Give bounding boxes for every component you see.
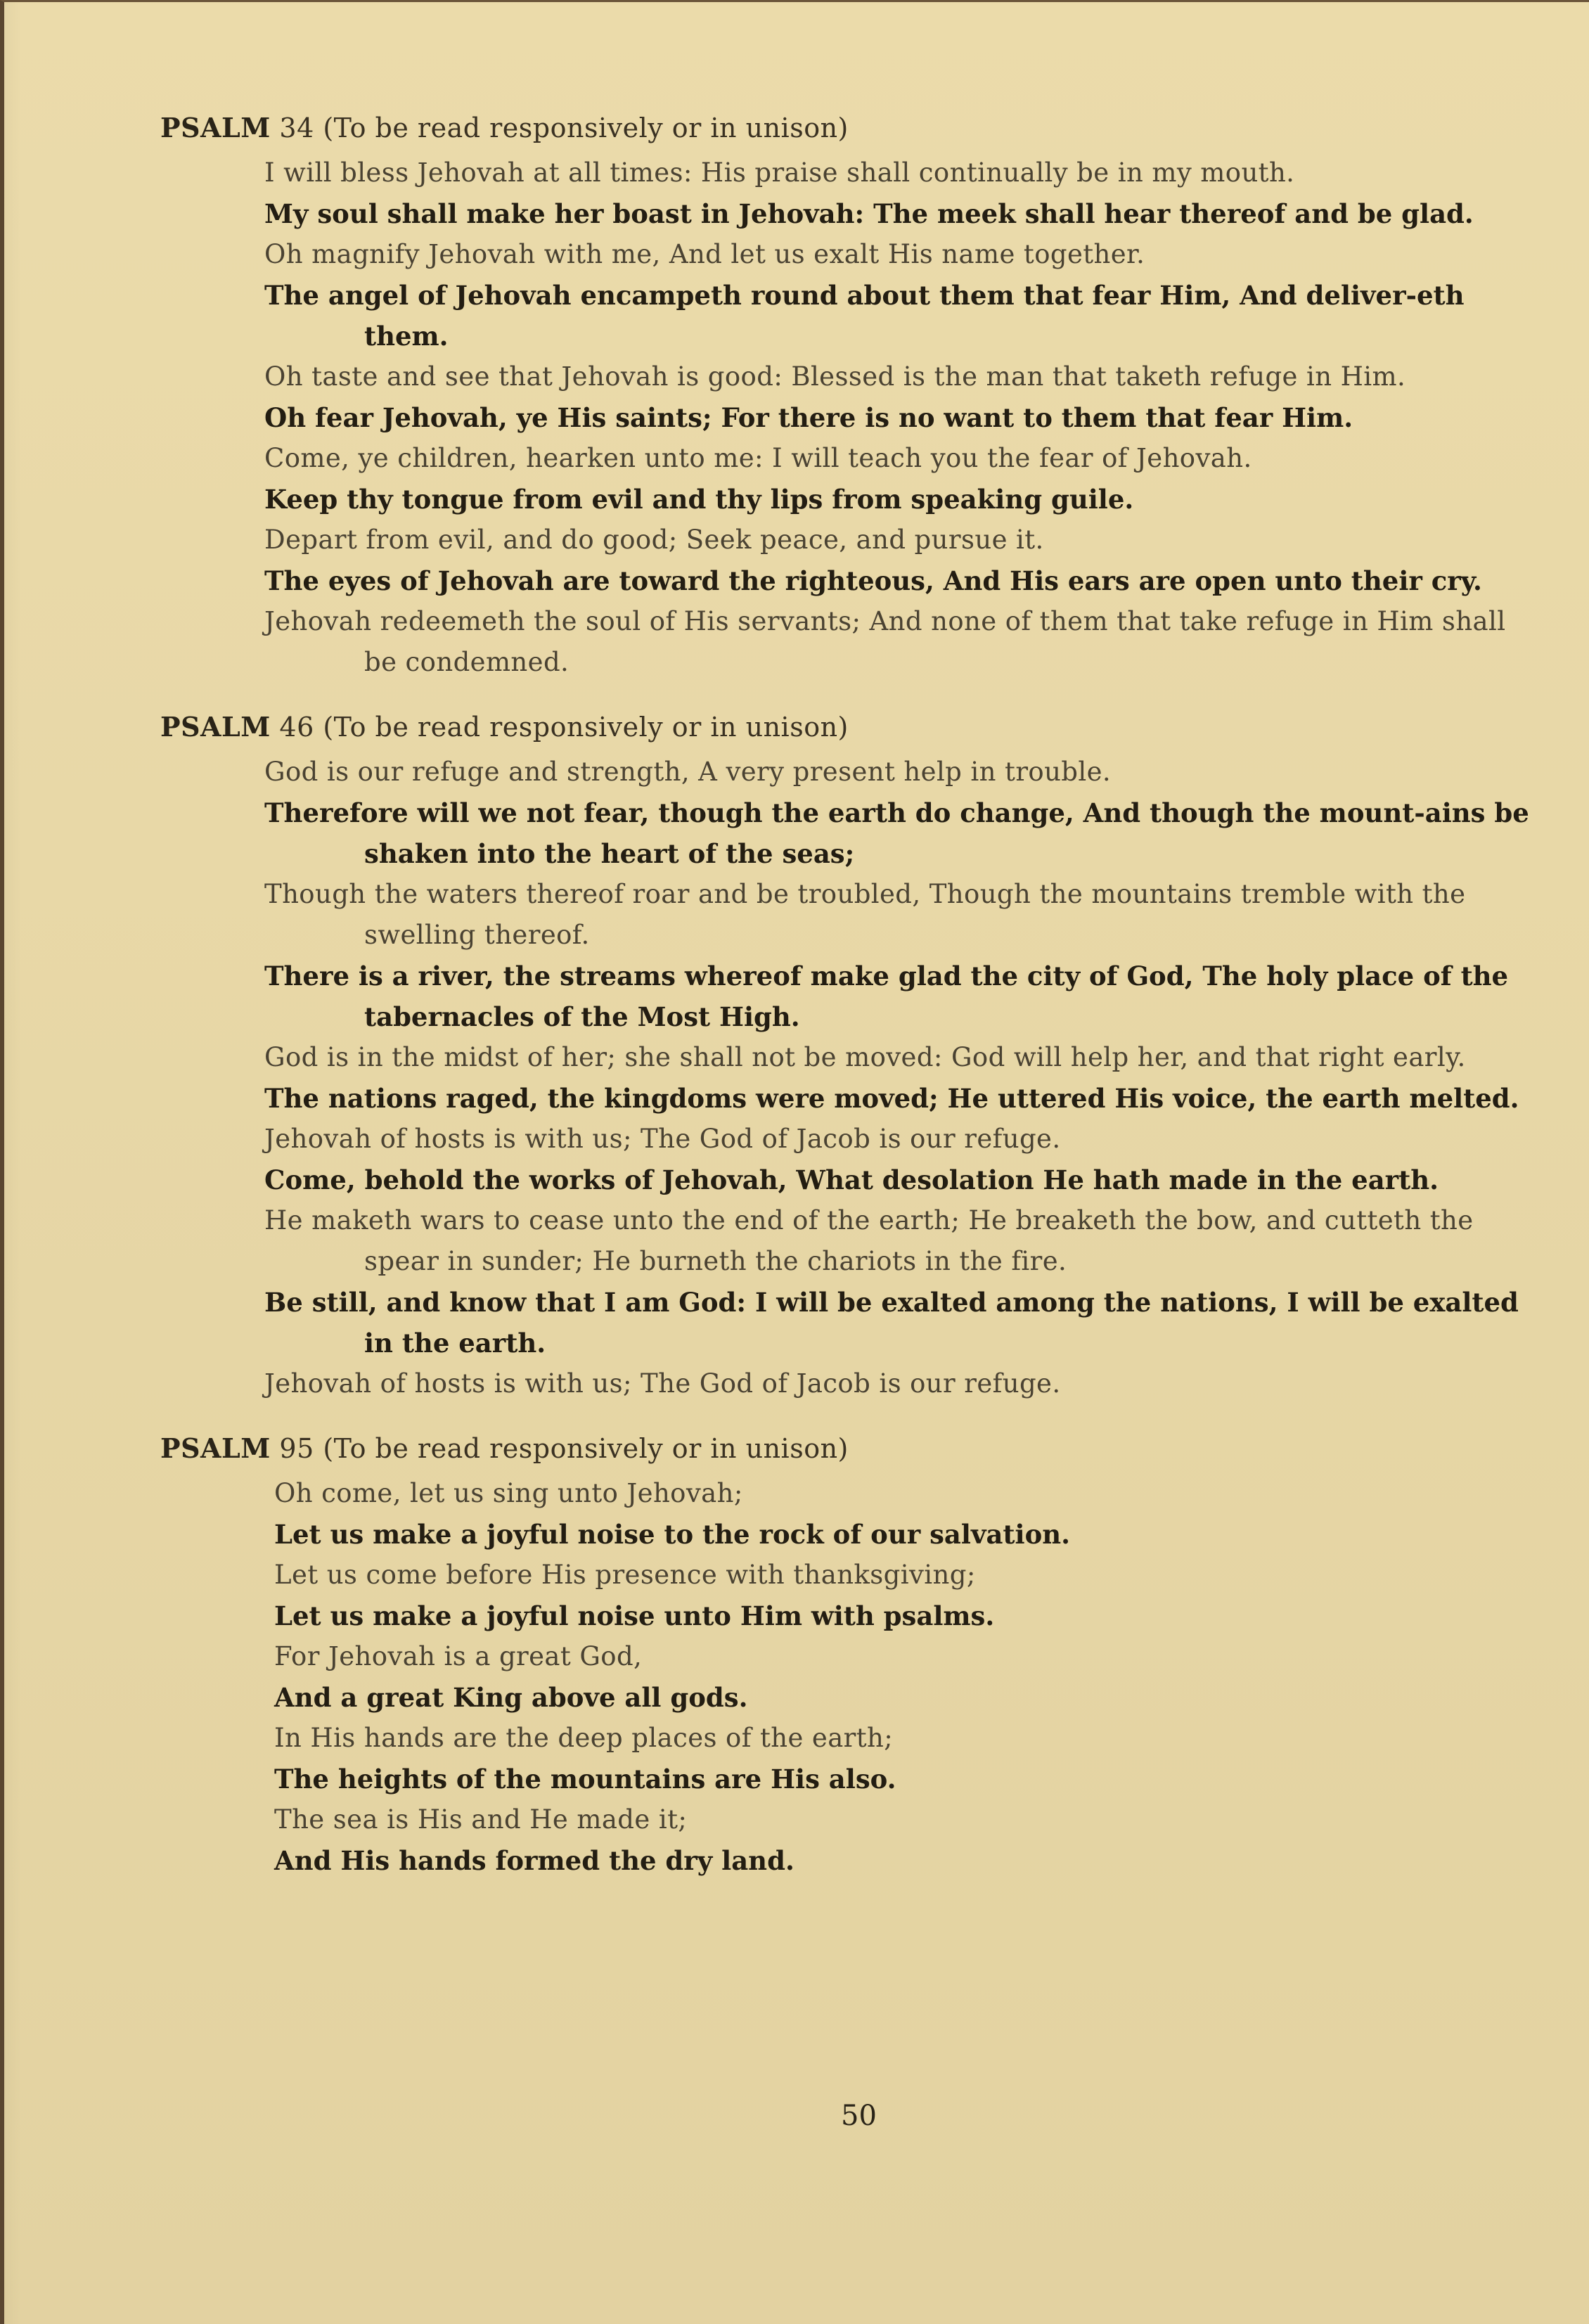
psalm-instruction: (To be read responsively or in unison)	[323, 113, 849, 143]
psalm-instruction: (To be read responsively or in unison)	[323, 712, 849, 743]
psalm-label: PSALM	[160, 112, 271, 143]
verse-line: In His hands are the deep places of the …	[274, 1718, 1538, 1759]
verse-line-response: The nations raged, the kingdoms were mov…	[264, 1078, 1538, 1119]
verse-line: Oh magnify Jehovah with me, And let us e…	[264, 234, 1538, 275]
verse-line: God is in the midst of her; she shall no…	[264, 1037, 1538, 1078]
verse-line: I will bless Jehovah at all times: His p…	[264, 153, 1538, 193]
verse-line-response: Be still, and know that I am God: I will…	[264, 1282, 1538, 1363]
verse-line: Jehovah of hosts is with us; The God of …	[264, 1363, 1538, 1404]
verse-line-response: Let us make a joyful noise unto Him with…	[274, 1596, 1538, 1636]
verse-line: Jehovah of hosts is with us; The God of …	[264, 1119, 1538, 1160]
psalm-34-section: PSALM 34 (To be read responsively or in …	[160, 108, 1538, 683]
psalm-number: 95	[279, 1433, 314, 1464]
psalm-heading: PSALM 95 (To be read responsively or in …	[160, 1428, 1538, 1469]
psalm-instruction: (To be read responsively or in unison)	[323, 1433, 849, 1464]
psalm-label: PSALM	[160, 711, 271, 743]
psalm-46-section: PSALM 46 (To be read responsively or in …	[160, 707, 1538, 1404]
verse-line-response: Oh fear Jehovah, ye His saints; For ther…	[264, 397, 1538, 438]
psalm-number: 46	[279, 712, 314, 743]
page-number: 50	[841, 2100, 877, 2132]
verse-line: The sea is His and He made it;	[274, 1799, 1538, 1840]
verse-line: God is our refuge and strength, A very p…	[264, 752, 1538, 792]
psalm-label: PSALM	[160, 1432, 271, 1464]
verse-line-response: And His hands formed the dry land.	[274, 1840, 1538, 1881]
verse-line: Oh taste and see that Jehovah is good: B…	[264, 357, 1538, 397]
verse-line: Depart from evil, and do good; Seek peac…	[264, 520, 1538, 560]
verse-line: Let us come before His presence with tha…	[274, 1555, 1538, 1596]
verse-line-response: The heights of the mountains are His als…	[274, 1759, 1538, 1799]
verse-line: Oh come, let us sing unto Jehovah;	[274, 1473, 1538, 1514]
verse-line-response: There is a river, the streams whereof ma…	[264, 956, 1538, 1037]
verse-list: God is our refuge and strength, A very p…	[160, 752, 1538, 1404]
page-content: PSALM 34 (To be read responsively or in …	[160, 108, 1538, 1905]
psalm-heading: PSALM 34 (To be read responsively or in …	[160, 108, 1538, 148]
verse-line-response: The eyes of Jehovah are toward the right…	[264, 560, 1538, 601]
verse-line: Come, ye children, hearken unto me: I wi…	[264, 438, 1538, 479]
verse-line: He maketh wars to cease unto the end of …	[264, 1200, 1538, 1282]
verse-line: For Jehovah is a great God,	[274, 1636, 1538, 1677]
verse-line: Though the waters thereof roar and be tr…	[264, 874, 1538, 956]
verse-line-response: Let us make a joyful noise to the rock o…	[274, 1514, 1538, 1555]
verse-line-response: Keep thy tongue from evil and thy lips f…	[264, 479, 1538, 520]
verse-list: Oh come, let us sing unto Jehovah; Let u…	[160, 1473, 1538, 1881]
verse-line: Jehovah redeemeth the soul of His servan…	[264, 601, 1538, 683]
verse-line-response: And a great King above all gods.	[274, 1677, 1538, 1718]
verse-line-response: Come, behold the works of Jehovah, What …	[264, 1160, 1538, 1200]
verse-line-response: Therefore will we not fear, though the e…	[264, 792, 1538, 874]
book-page: PSALM 34 (To be read responsively or in …	[0, 0, 1589, 2324]
verse-list: I will bless Jehovah at all times: His p…	[160, 153, 1538, 683]
verse-line-response: My soul shall make her boast in Jehovah:…	[264, 193, 1538, 234]
verse-line-response: The angel of Jehovah encampeth round abo…	[264, 275, 1538, 357]
psalm-number: 34	[279, 113, 314, 143]
psalm-heading: PSALM 46 (To be read responsively or in …	[160, 707, 1538, 747]
psalm-95-section: PSALM 95 (To be read responsively or in …	[160, 1428, 1538, 1881]
